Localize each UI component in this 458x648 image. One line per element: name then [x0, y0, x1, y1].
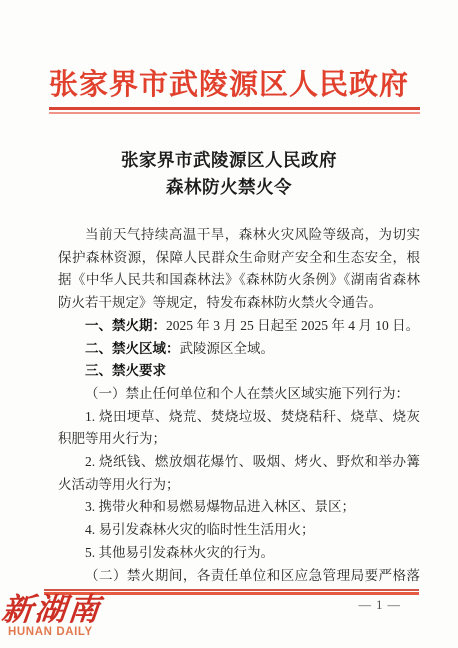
masthead-divider-bottom-line: [49, 112, 420, 114]
paragraph-heading: 三、禁火要求: [85, 363, 166, 378]
body-paragraph: 当前天气持续高温干旱，森林火灾风险等级高，为切实保护森林资源，保障人民群众生命财…: [58, 224, 420, 315]
document-page: 张家界市武陵源区人民政府 张家界市武陵源区人民政府 森林防火禁火令 当前天气持续…: [0, 0, 458, 648]
document-title-line2: 森林防火禁火令: [0, 174, 458, 201]
logo-chinese-text: 新湖南: [0, 594, 102, 625]
body-paragraph: 1. 烧田埂草、烧荒、焚烧垃圾、焚烧秸秆、烧草、烧灰积肥等用火行为；: [58, 406, 420, 451]
paragraph-text: 武陵源区全域。: [180, 341, 275, 356]
paragraph-text: 2025 年 3 月 25 日起至 2025 年 4 月 10 日。: [166, 318, 419, 333]
document-body: 当前天气持续高温干旱，森林火灾风险等级高，为切实保护森林资源，保障人民群众生命财…: [58, 224, 420, 588]
paragraph-text: 4. 易引发森林火灾的临时性生活用火；: [85, 522, 315, 537]
paragraph-text: 5. 其他易引发森林火灾的行为。: [85, 545, 274, 560]
paragraph-text: 3. 携带火种和易燃易爆物品进入林区、景区；: [85, 499, 355, 514]
logo-english-text: HUNAN DAILY: [2, 627, 101, 639]
body-paragraph: （一）禁止任何单位和个人在禁火区域实施下列行为：: [58, 383, 420, 406]
body-paragraph: 二、禁火区域：武陵源区全域。: [58, 338, 420, 361]
paragraph-text: 当前天气持续高温干旱，森林火灾风险等级高，为切实保护森林资源，保障人民群众生命财…: [58, 227, 420, 310]
masthead-title: 张家界市武陵源区人民政府: [0, 62, 458, 103]
footer-divider-top-line: [44, 589, 419, 591]
paragraph-text: 2. 烧纸钱、燃放烟花爆竹、吸烟、烤火、野炊和举办篝火活动等用火行为；: [58, 454, 420, 492]
body-paragraph: 3. 携带火种和易燃易爆物品进入林区、景区；: [58, 496, 420, 519]
paragraph-text: （一）禁止任何单位和个人在禁火区域实施下列行为：: [85, 386, 409, 401]
body-paragraph: （二）禁火期间，各责任单位和区应急管理局要严格落实“三: [58, 565, 420, 588]
body-paragraph: 5. 其他易引发森林火灾的行为。: [58, 542, 420, 565]
body-paragraph: 三、禁火要求: [58, 360, 420, 383]
body-paragraph: 2. 烧纸钱、燃放烟花爆竹、吸烟、烤火、野炊和举办篝火活动等用火行为；: [58, 451, 420, 496]
body-paragraph: 4. 易引发森林火灾的临时性生活用火；: [58, 519, 420, 542]
paragraph-heading: 二、禁火区域：: [85, 341, 180, 356]
paragraph-text: 1. 烧田埂草、烧荒、焚烧垃圾、焚烧秸秆、烧草、烧灰积肥等用火行为；: [58, 409, 420, 447]
hunan-daily-logo: 新湖南 HUNAN DAILY: [2, 594, 101, 639]
document-title-line1: 张家界市武陵源区人民政府: [0, 147, 458, 174]
document-title: 张家界市武陵源区人民政府 森林防火禁火令: [0, 147, 458, 201]
paragraph-text: （二）禁火期间，各责任单位和区应急管理局要严格落实“三: [58, 568, 420, 588]
body-paragraph: 一、禁火期：2025 年 3 月 25 日起至 2025 年 4 月 10 日。: [58, 315, 420, 338]
masthead-divider: [49, 107, 420, 114]
paragraph-heading: 一、禁火期：: [85, 318, 166, 333]
